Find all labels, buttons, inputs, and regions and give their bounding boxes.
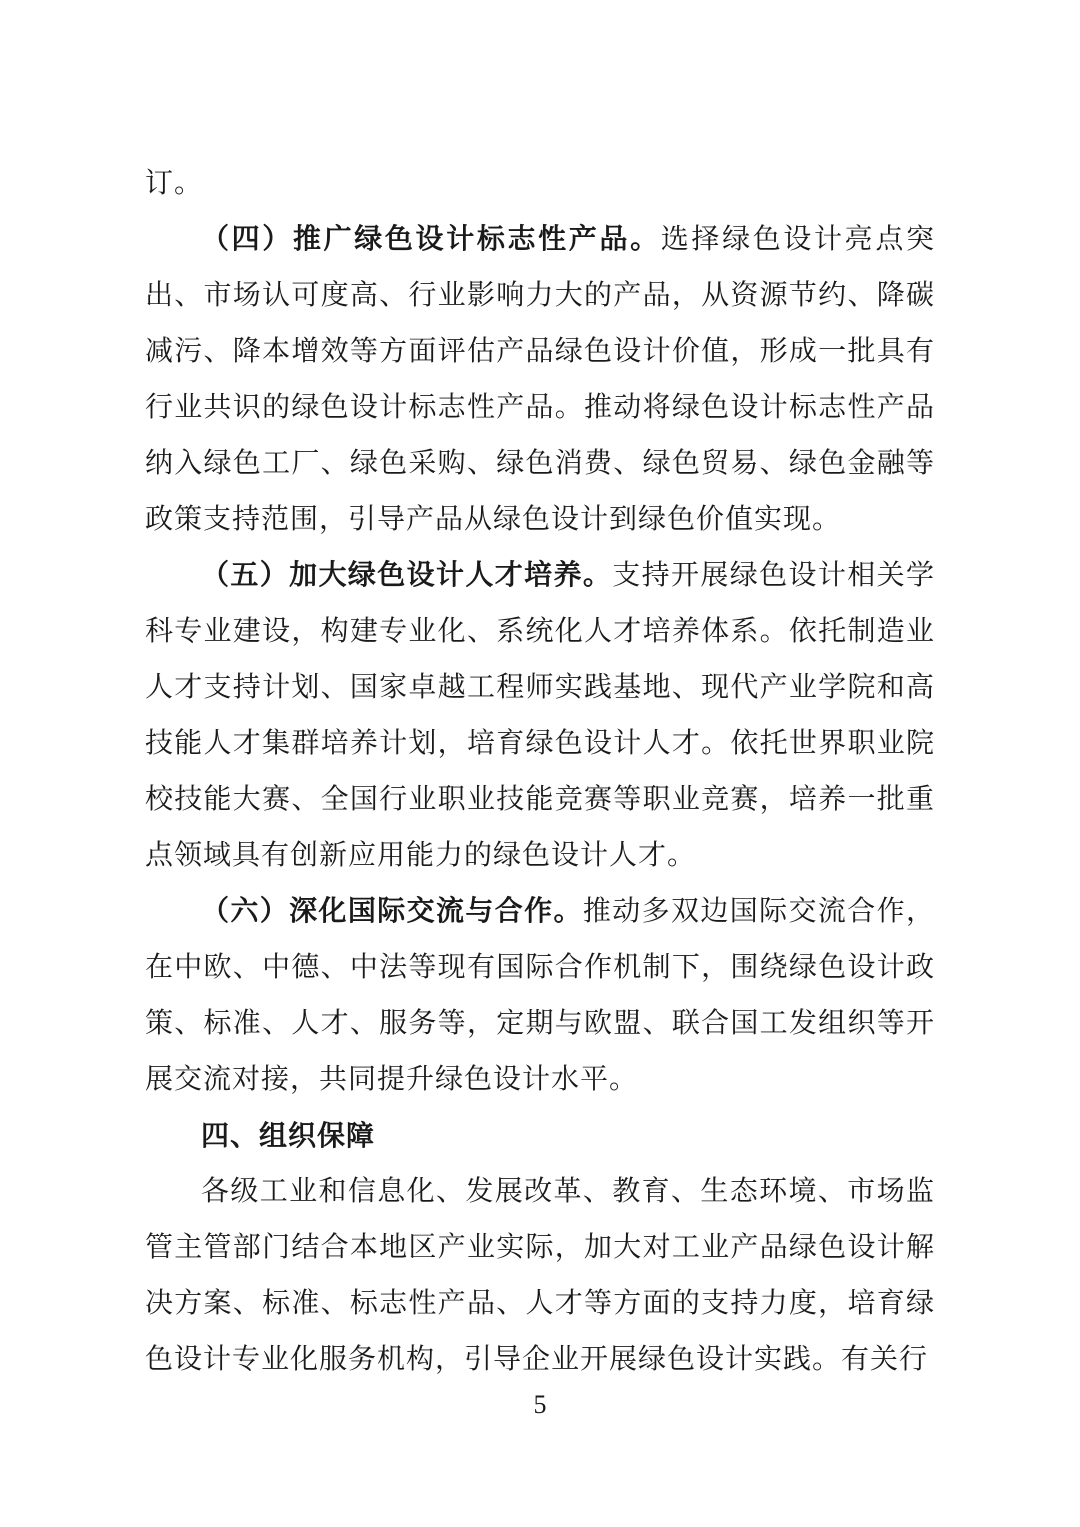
paragraph-continuation: 订。 [145, 156, 935, 212]
paragraph-item-4-text: 选择绿色设计亮点突出、市场认可度高、行业影响力大的产品，从资源节约、降碳减污、降… [145, 224, 935, 535]
paragraph-item-6: （六）深化国际交流与合作。推动多双边国际交流合作，在中欧、中德、中法等现有国际合… [145, 884, 935, 1108]
paragraph-closing-text: 各级工业和信息化、发展改革、教育、生态环境、市场监管主管部门结合本地区产业实际，… [145, 1176, 935, 1375]
paragraph-text: 订。 [145, 168, 203, 199]
document-page: 订。 （四）推广绿色设计标志性产品。选择绿色设计亮点突出、市场认可度高、行业影响… [0, 0, 1080, 1527]
paragraph-item-4-lead: （四）推广绿色设计标志性产品。 [201, 224, 661, 255]
paragraph-closing: 各级工业和信息化、发展改革、教育、生态环境、市场监管主管部门结合本地区产业实际，… [145, 1164, 935, 1388]
paragraph-item-5-lead: （五）加大绿色设计人才培养。 [201, 560, 612, 591]
document-text-block: 订。 （四）推广绿色设计标志性产品。选择绿色设计亮点突出、市场认可度高、行业影响… [145, 156, 935, 1388]
paragraph-item-5-text: 支持开展绿色设计相关学科专业建设，构建专业化、系统化人才培养体系。依托制造业人才… [145, 560, 935, 871]
page-number: 5 [0, 1390, 1080, 1420]
paragraph-item-5: （五）加大绿色设计人才培养。支持开展绿色设计相关学科专业建设，构建专业化、系统化… [145, 548, 935, 884]
paragraph-item-6-lead: （六）深化国际交流与合作。 [201, 896, 583, 927]
paragraph-item-4: （四）推广绿色设计标志性产品。选择绿色设计亮点突出、市场认可度高、行业影响力大的… [145, 212, 935, 548]
section-heading: 四、组织保障 [145, 1108, 935, 1164]
